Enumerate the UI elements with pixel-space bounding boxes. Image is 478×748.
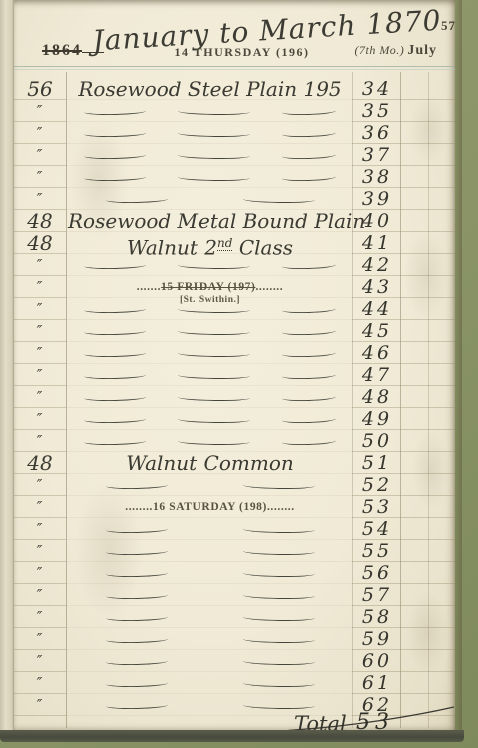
quantity-cell: ″	[14, 562, 66, 584]
ditto-dash	[105, 613, 167, 621]
ditto-dash	[84, 437, 146, 445]
ditto-dash	[282, 349, 336, 358]
ledger-row: 48 Walnut Common 51	[14, 452, 455, 474]
ditto-dash	[242, 195, 314, 203]
ditto-dash	[84, 371, 146, 379]
superscript-ordinal: nd	[217, 236, 232, 251]
ledger-row: 48 Walnut 2nd Class 41	[14, 232, 455, 254]
quantity-cell: ″	[14, 430, 66, 452]
quantity-cell: ″	[14, 166, 66, 188]
ledger-row: ″ 48	[14, 386, 455, 408]
quantity-cell: ″	[14, 650, 66, 672]
quantity-cell: ″	[14, 496, 66, 518]
ditto-dash	[242, 635, 314, 643]
ditto-dash	[105, 525, 167, 533]
description-cell	[68, 540, 352, 562]
ledger-row: ″ ........16 SATURDAY (198)........ 53	[14, 496, 455, 518]
ditto-dash	[178, 107, 250, 115]
line-number-cell: 50	[352, 430, 402, 452]
line-number-cell: 46	[352, 342, 402, 364]
quantity-cell: ″	[14, 408, 66, 430]
month-ordinal: (7th Mo.)	[354, 43, 404, 57]
ditto-dash	[84, 327, 146, 335]
page-edge-shadow	[453, 0, 462, 740]
line-number-cell: 37	[352, 144, 402, 166]
line-number-cell: 52	[352, 474, 402, 496]
line-number-cell: 48	[352, 386, 402, 408]
printed-day-line: 14 THURSDAY (196)	[132, 45, 352, 60]
ditto-dash	[178, 371, 250, 379]
ledger-row: ″ .......15 FRIDAY (197)........[St. Swi…	[14, 276, 455, 298]
ditto-dash	[178, 349, 250, 357]
ledger-row: ″ 56	[14, 562, 455, 584]
quantity-cell: 48	[14, 452, 66, 474]
quantity-cell: ″	[14, 320, 66, 342]
quantity-cell: ″	[14, 122, 66, 144]
ditto-dash	[282, 327, 336, 336]
ditto-dash	[105, 591, 167, 599]
description-cell: .......15 FRIDAY (197)........[St. Swith…	[68, 276, 352, 298]
book-cover-edge	[0, 730, 464, 742]
ledger-row: ″ 58	[14, 606, 455, 628]
ditto-dash	[84, 173, 146, 181]
quantity-cell: 48	[14, 232, 66, 254]
ditto-dash	[282, 151, 336, 160]
line-number-cell: 45	[352, 320, 402, 342]
description-cell	[68, 606, 352, 628]
ditto-dash	[282, 261, 336, 270]
quantity-cell: 56	[14, 78, 66, 100]
ditto-dash	[242, 657, 314, 665]
description-cell	[68, 386, 352, 408]
line-number-cell: 47	[352, 364, 402, 386]
ditto-dash	[178, 261, 250, 269]
ditto-dash	[242, 481, 314, 489]
ditto-dash	[84, 349, 146, 357]
description-cell	[68, 188, 352, 210]
description-cell	[68, 100, 352, 122]
quantity-cell: ″	[14, 540, 66, 562]
description-cell	[68, 342, 352, 364]
ledger-row: ″ 57	[14, 584, 455, 606]
line-number-cell: 61	[352, 672, 402, 694]
line-number-cell: 44	[352, 298, 402, 320]
description-cell: Rosewood Metal Bound Plain	[68, 210, 352, 232]
line-number-cell: 53	[352, 496, 402, 518]
line-number-cell: 60	[352, 650, 402, 672]
ditto-dash	[282, 173, 336, 182]
line-number-cell: 39	[352, 188, 402, 210]
ditto-dash	[105, 195, 167, 203]
ditto-dash	[105, 679, 167, 687]
ledger-row: ″ 59	[14, 628, 455, 650]
ditto-dash	[242, 679, 314, 687]
ledger-row: ″ 39	[14, 188, 455, 210]
ditto-dash	[105, 635, 167, 643]
printed-day-heading: ........16 SATURDAY (198)........	[68, 496, 352, 518]
description-cell	[68, 430, 352, 452]
ledger-row: ″ 49	[14, 408, 455, 430]
description-cell	[68, 166, 352, 188]
line-number-cell: 51	[352, 452, 402, 474]
ditto-dash	[178, 327, 250, 335]
line-number-cell: 57	[352, 584, 402, 606]
printed-diary-header: 1864 14 THURSDAY (196) (7th Mo.) July	[14, 40, 455, 60]
ditto-dash	[178, 129, 250, 137]
ditto-dash	[84, 107, 146, 115]
ledger-row: ″ 44	[14, 298, 455, 320]
ditto-dash	[84, 151, 146, 159]
description-cell	[68, 628, 352, 650]
month-name: July	[407, 43, 437, 58]
line-number-cell: 36	[352, 122, 402, 144]
description-cell	[68, 408, 352, 430]
line-number-cell: 35	[352, 100, 402, 122]
description-cell	[68, 650, 352, 672]
ledger-page: 57 January to March 1870 1864 14 THURSDA…	[14, 0, 455, 732]
ditto-dash	[282, 437, 336, 446]
quantity-cell: ″	[14, 672, 66, 694]
ledger-row: ″ 37	[14, 144, 455, 166]
line-number-cell: 56	[352, 562, 402, 584]
ledger-row: ″ 61	[14, 672, 455, 694]
line-number-cell: 58	[352, 606, 402, 628]
quantity-cell: ″	[14, 606, 66, 628]
ledger-row: ″ 47	[14, 364, 455, 386]
line-number-cell: 43	[352, 276, 402, 298]
description-cell: Walnut Common	[68, 452, 352, 474]
description-cell	[68, 364, 352, 386]
ditto-dash	[282, 393, 336, 402]
ledger-row: ″ 35	[14, 100, 455, 122]
description-cell	[68, 584, 352, 606]
description-cell	[68, 254, 352, 276]
ledger-row: ″ 45	[14, 320, 455, 342]
book-binding-edge	[0, 0, 14, 732]
quantity-cell: ″	[14, 584, 66, 606]
description-cell: Rosewood Steel Plain 195	[68, 78, 352, 100]
ditto-dash	[105, 657, 167, 665]
ledger-row: ″ 42	[14, 254, 455, 276]
scanned-ledger-page: 57 January to March 1870 1864 14 THURSDA…	[0, 0, 478, 748]
quantity-cell: 48	[14, 210, 66, 232]
ditto-dash	[105, 481, 167, 489]
quantity-cell: ″	[14, 474, 66, 496]
ditto-dash	[105, 547, 167, 555]
ditto-dash	[84, 393, 146, 401]
ditto-dash	[282, 371, 336, 380]
ledger-row: ″ 38	[14, 166, 455, 188]
ditto-dash	[282, 305, 336, 314]
description-cell	[68, 144, 352, 166]
quantity-cell: ″	[14, 364, 66, 386]
quantity-cell: ″	[14, 254, 66, 276]
ditto-dash	[178, 151, 250, 159]
description-cell: Walnut 2nd Class	[68, 232, 352, 254]
printed-month: (7th Mo.) July	[354, 43, 437, 59]
ditto-dash	[84, 129, 146, 137]
ledger-row: ″ 46	[14, 342, 455, 364]
ditto-dash	[282, 129, 336, 138]
ledger-row: ″ 36	[14, 122, 455, 144]
ledger-row: ″ 55	[14, 540, 455, 562]
line-number-cell: 40	[352, 210, 402, 232]
header-rule-secondary	[14, 69, 455, 70]
quantity-cell: ″	[14, 144, 66, 166]
description-cell	[68, 298, 352, 320]
ditto-dash	[242, 569, 314, 577]
ditto-dash	[242, 547, 314, 555]
line-number-cell: 55	[352, 540, 402, 562]
ditto-dash	[282, 415, 336, 424]
description-cell	[68, 474, 352, 496]
line-number-cell: 54	[352, 518, 402, 540]
ditto-dash	[84, 415, 146, 423]
ledger-row: ″ 60	[14, 650, 455, 672]
header-rule	[14, 66, 455, 67]
quantity-cell: ″	[14, 518, 66, 540]
ledger-row: ″ 50	[14, 430, 455, 452]
ditto-dash	[84, 261, 146, 269]
description-cell	[68, 518, 352, 540]
ledger-row: ″ 52	[14, 474, 455, 496]
line-number-cell: 49	[352, 408, 402, 430]
ditto-dash	[242, 525, 314, 533]
printed-year-struck: 1864	[42, 42, 82, 60]
ditto-dash	[242, 591, 314, 599]
ditto-dash	[178, 305, 250, 313]
line-number-cell: 38	[352, 166, 402, 188]
ledger-row: 48 Rosewood Metal Bound Plain 40	[14, 210, 455, 232]
ledger-row: ″ 54	[14, 518, 455, 540]
ditto-dash	[178, 393, 250, 401]
line-number-cell: 41	[352, 232, 402, 254]
ditto-dash	[242, 613, 314, 621]
quantity-cell: ″	[14, 188, 66, 210]
ditto-dash	[105, 569, 167, 577]
quantity-cell: ″	[14, 298, 66, 320]
description-cell	[68, 320, 352, 342]
description-cell	[68, 672, 352, 694]
quantity-cell: ″	[14, 100, 66, 122]
quantity-cell: ″	[14, 628, 66, 650]
ditto-dash	[178, 415, 250, 423]
ditto-dash	[84, 305, 146, 313]
line-number-cell: 34	[352, 78, 402, 100]
description-cell: ........16 SATURDAY (198)........	[68, 496, 352, 518]
description-cell	[68, 562, 352, 584]
line-number-cell: 59	[352, 628, 402, 650]
ditto-dash	[282, 107, 336, 116]
quantity-cell: ″	[14, 342, 66, 364]
line-number-cell: 42	[352, 254, 402, 276]
quantity-cell: ″	[14, 276, 66, 298]
ledger-rows: 56 Rosewood Steel Plain 195 34 ″ 35 ″ 36…	[14, 78, 455, 716]
ditto-dash	[178, 173, 250, 181]
description-cell	[68, 122, 352, 144]
quantity-cell: ″	[14, 386, 66, 408]
ledger-row: 56 Rosewood Steel Plain 195 34	[14, 78, 455, 100]
ditto-dash	[178, 437, 250, 445]
